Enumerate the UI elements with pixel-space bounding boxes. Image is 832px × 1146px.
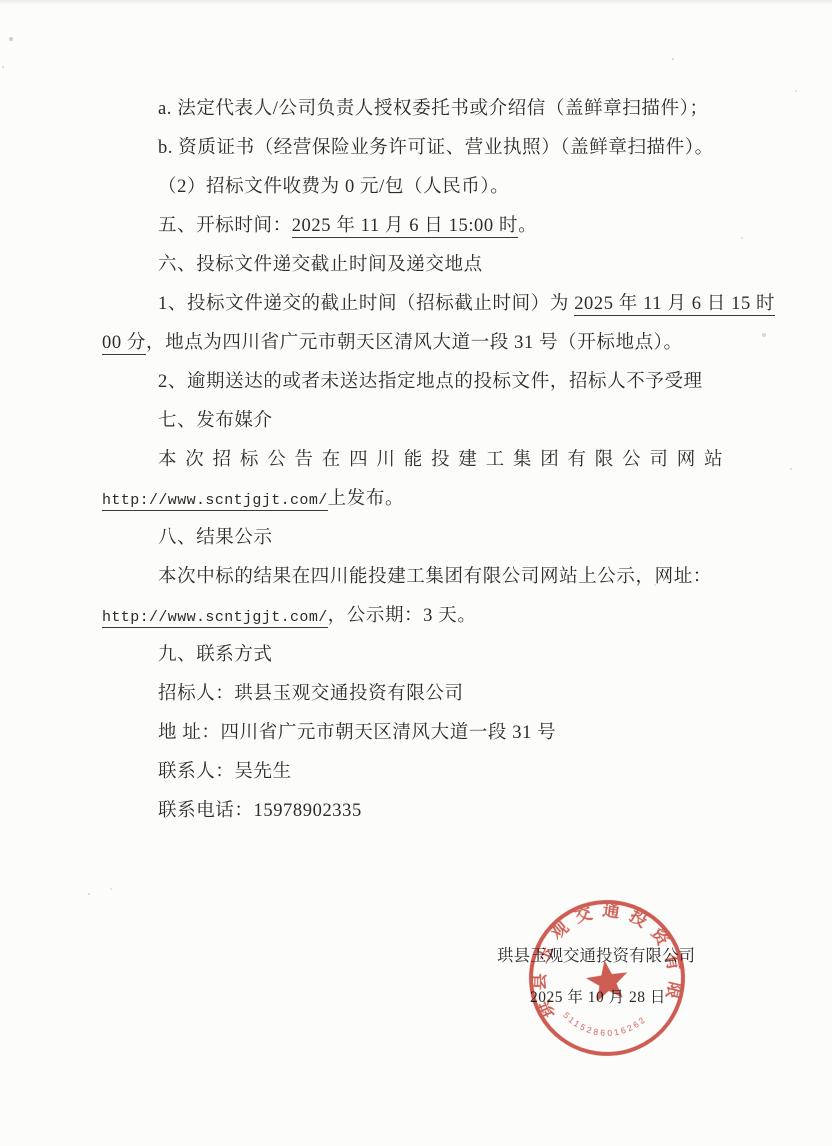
line-deadline-1: 1、投标文件递交的截止时间（招标截止时间）为 2025 年 11 月 6 日 1… xyxy=(102,291,742,317)
text-segment: 六、投标文件递交截止时间及递交地点 xyxy=(158,255,483,275)
text-segment: ，地点为四川省广元市朝天区清风大道一段 31 号（开标地点）。 xyxy=(146,333,683,353)
text-segment: 七、发布媒介 xyxy=(158,411,273,431)
line-section-6: 六、投标文件递交截止时间及递交地点 xyxy=(102,252,742,278)
line-media: 本次招标公告在四川能投建工集团有限公司网站 xyxy=(102,447,742,473)
text-segment: 联系电话：15978902335 xyxy=(158,801,362,821)
text-segment: 招标人：珙县玉观交通投资有限公司 xyxy=(158,684,464,704)
line-section-7: 七、发布媒介 xyxy=(102,408,742,434)
line-tenderee: 招标人：珙县玉观交通投资有限公司 xyxy=(102,681,742,707)
stamp-star-icon xyxy=(584,957,631,1002)
document-lines: a. 法定代表人/公司负责人授权委托书或介绍信（盖鲜章扫描件）；b. 资质证书（… xyxy=(102,96,742,837)
line-url-publish: http://www.scntjgjt.com/上发布。 xyxy=(102,486,742,512)
text-segment: 2、逾期送达的或者未送达指定地点的投标文件，招标人不予受理 xyxy=(158,372,703,392)
scanned-document-page: a. 法定代表人/公司负责人授权委托书或介绍信（盖鲜章扫描件）；b. 资质证书（… xyxy=(0,0,832,1146)
line-fee: （2）招标文件收费为 0 元/包（人民币）。 xyxy=(102,174,742,200)
text-segment: 地 址：四川省广元市朝天区清风大道一段 31 号 xyxy=(158,723,556,743)
text-segment: http://www.scntjgjt.com/ xyxy=(102,492,328,511)
text-segment: 九、联系方式 xyxy=(158,645,273,665)
text-segment: 八、结果公示 xyxy=(158,528,273,548)
text-segment: 联系人：吴先生 xyxy=(158,762,292,782)
text-segment: 。 xyxy=(518,216,537,236)
text-segment: 2025 年 11 月 6 日 15:00 时 xyxy=(292,216,518,238)
line-result: 本次中标的结果在四川能投建工集团有限公司网站上公示，网址： xyxy=(102,564,742,590)
stamp-serial-number: 5115286016262 xyxy=(560,999,650,1044)
text-segment: http://www.scntjgjt.com/ xyxy=(102,609,328,628)
text-segment: 1、投标文件递交的截止时间（招标截止时间）为 xyxy=(158,294,574,314)
company-seal-stamp: 珙县玉观交通投资有限公司 5115286016262 xyxy=(514,885,699,1070)
text-segment: 五、开标时间： xyxy=(158,216,292,236)
line-late-delivery: 2、逾期送达的或者未送达指定地点的投标文件，招标人不予受理 xyxy=(102,369,742,395)
svg-text:5115286016262: 5115286016262 xyxy=(560,999,650,1044)
svg-text:珙县玉观交通投资有限公司: 珙县玉观交通投资有限公司 xyxy=(514,885,690,1032)
text-segment: 本次招标公告在四川能投建工集团有限公司网站 xyxy=(158,450,731,470)
line-address: 地 址：四川省广元市朝天区清风大道一段 31 号 xyxy=(102,720,742,746)
line-url-result: http://www.scntjgjt.com/，公示期：3 天。 xyxy=(102,603,742,629)
line-deadline-2: 00 分，地点为四川省广元市朝天区清风大道一段 31 号（开标地点）。 xyxy=(102,330,742,356)
text-segment: ，公示期：3 天。 xyxy=(328,606,477,626)
text-segment: 上发布。 xyxy=(328,489,404,509)
text-segment: 00 分 xyxy=(102,333,146,355)
line-section-9: 九、联系方式 xyxy=(102,642,742,668)
text-segment: （2）招标文件收费为 0 元/包（人民币）。 xyxy=(158,177,509,197)
text-segment: 本次中标的结果在四川能投建工集团有限公司网站上公示，网址： xyxy=(158,567,712,587)
scan-noise-specks xyxy=(0,0,2,2)
line-open-time: 五、开标时间：2025 年 11 月 6 日 15:00 时。 xyxy=(102,213,742,239)
line-attachment-b: b. 资质证书（经营保险业务许可证、营业执照）（盖鲜章扫描件）。 xyxy=(102,135,742,161)
text-segment: b. 资质证书（经营保险业务许可证、营业执照）（盖鲜章扫描件）。 xyxy=(158,138,714,158)
stamp-ring-text: 珙县玉观交通投资有限公司 xyxy=(514,885,690,1032)
line-attachment-a: a. 法定代表人/公司负责人授权委托书或介绍信（盖鲜章扫描件）； xyxy=(102,96,742,122)
text-segment: a. 法定代表人/公司负责人授权委托书或介绍信（盖鲜章扫描件）； xyxy=(158,99,709,119)
line-contact-person: 联系人：吴先生 xyxy=(102,759,742,785)
line-contact-phone: 联系电话：15978902335 xyxy=(102,798,742,824)
text-segment: 2025 年 11 月 6 日 15 时 xyxy=(574,294,775,316)
line-section-8: 八、结果公示 xyxy=(102,525,742,551)
